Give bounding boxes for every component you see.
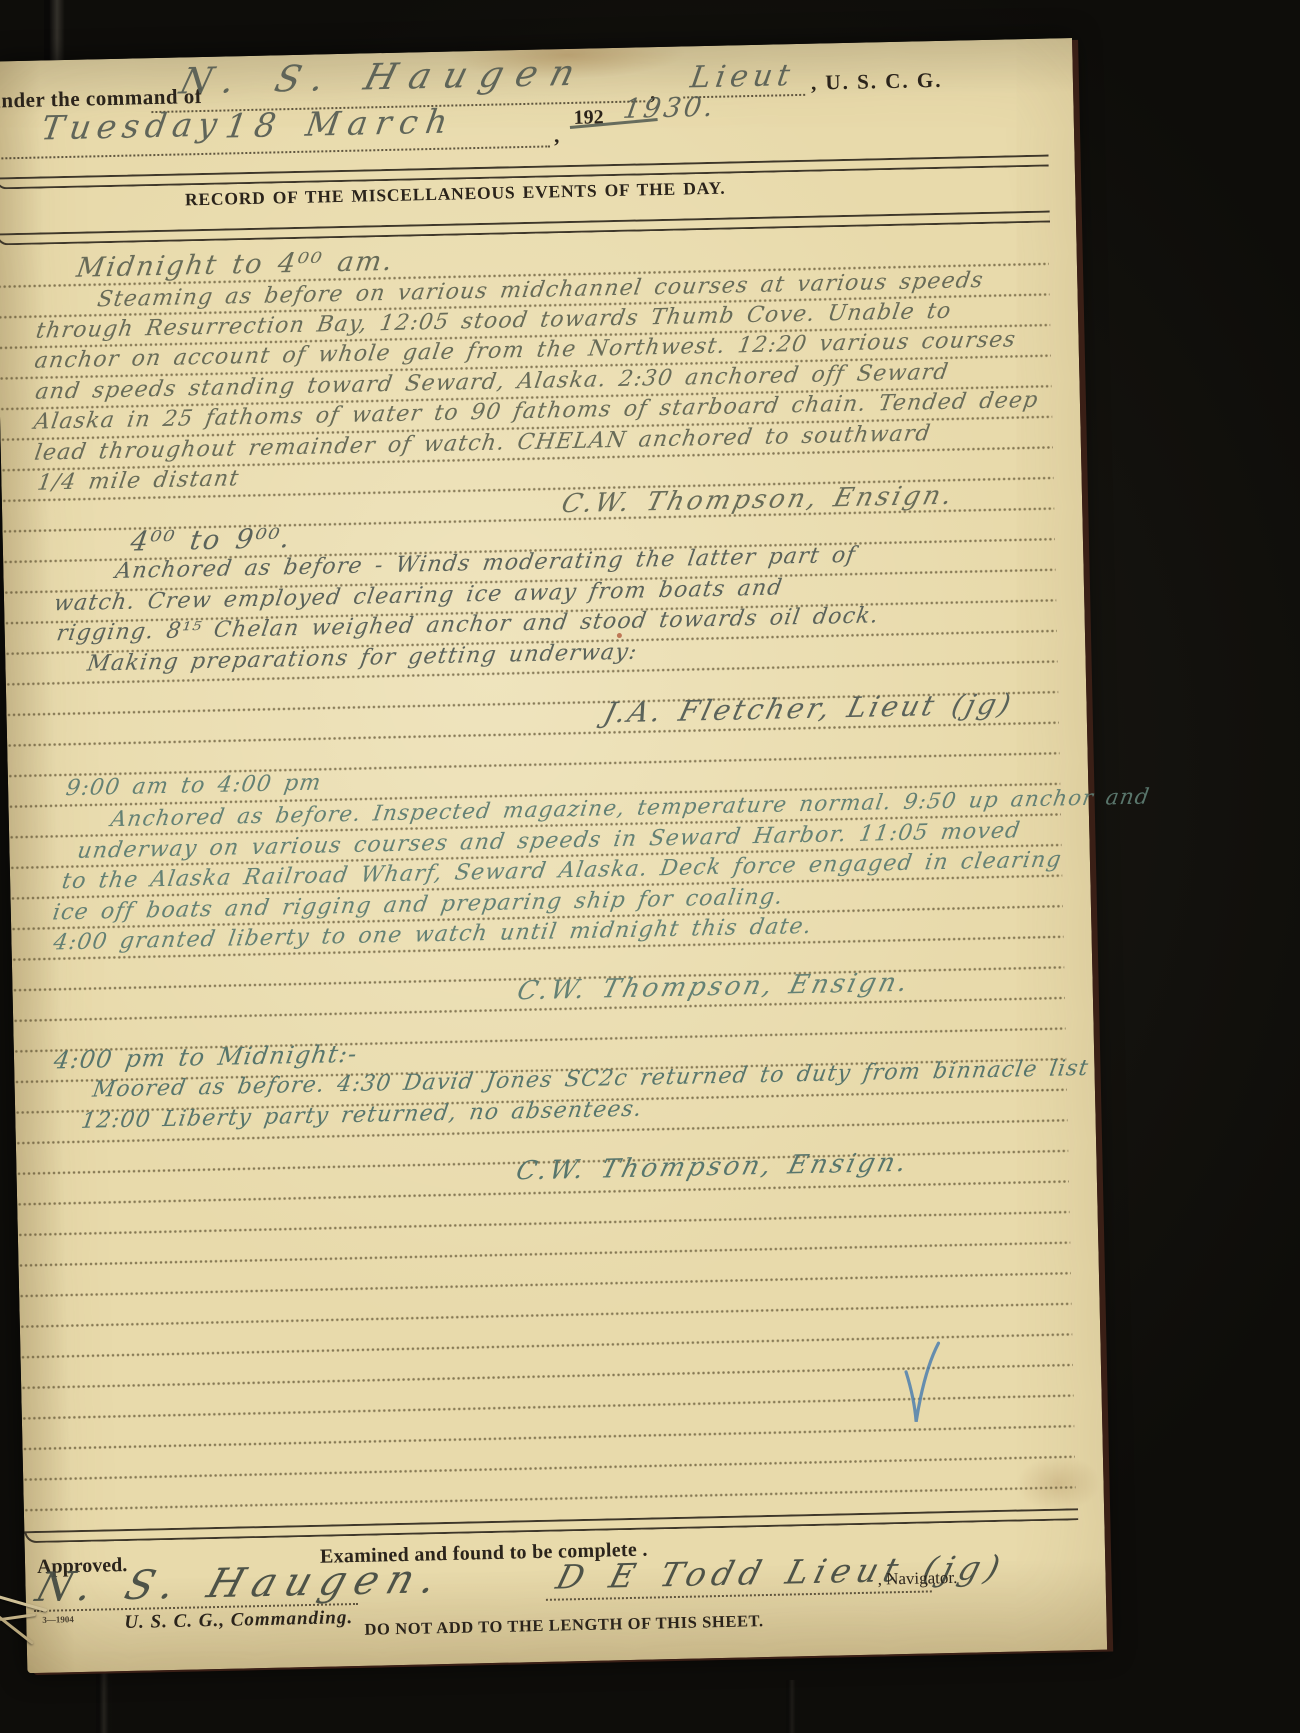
commander-rank: Lieut	[688, 58, 797, 95]
book-cover-edge	[786, 1680, 798, 1733]
commanding-label: U. S. C. G., Commanding.	[124, 1607, 353, 1634]
year-handwritten: 1930.	[621, 92, 718, 125]
log-line: 1/4 mile distant	[36, 466, 242, 495]
comma-separator-2: ,	[554, 123, 560, 148]
date-handwritten: 18 March	[223, 101, 458, 145]
photo-background: under the command of N. S. Haugen , Lieu…	[0, 0, 1300, 1733]
logbook-page: under the command of N. S. Haugen , Lieu…	[0, 38, 1107, 1673]
form-number: 3—1904	[42, 1614, 74, 1625]
commander-signature: N. S. Haugen	[175, 52, 592, 102]
length-warning-label: DO NOT ADD TO THE LENGTH OF THIS SHEET.	[364, 1611, 764, 1640]
double-rule-under-title	[0, 211, 1050, 246]
blue-checkmark-icon	[898, 1341, 944, 1434]
watch-heading: 4⁰⁰ to 9⁰⁰.	[128, 523, 293, 558]
service-label: , U. S. C. G.	[811, 68, 943, 96]
navigator-label: , Navigator.	[877, 1568, 957, 1590]
date-fill-line	[0, 145, 550, 159]
weekday-handwritten: Tuesday	[39, 104, 226, 147]
book-spine-bottom	[96, 1672, 112, 1733]
